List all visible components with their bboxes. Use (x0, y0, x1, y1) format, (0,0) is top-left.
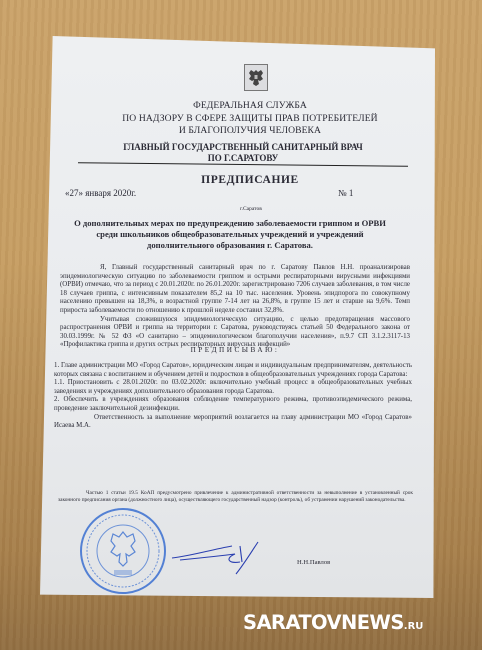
legal-note: Частью 1 статьи 19.5 КоАП предусмотрено … (58, 490, 413, 504)
subject-line: дополнительного образования г. Саратова. (60, 240, 400, 251)
agency-header: ФЕДЕРАЛЬНАЯ СЛУЖБА ПО НАДЗОРУ В СФЕРЕ ЗА… (80, 100, 420, 138)
watermark-brand: SARATOVNEWS (243, 611, 404, 634)
order-item: 1. Главе администрации МО «Город Саратов… (54, 362, 412, 379)
document-title: ПРЕДПИСАНИЕ (140, 174, 360, 186)
official-stamp-icon (78, 506, 168, 596)
body-paragraph: Я, Главный государственный санитарный вр… (60, 264, 410, 316)
subject-line: О дополнительных мерах по предупреждению… (60, 218, 400, 229)
signature-icon (170, 536, 270, 576)
russian-coat-of-arms-icon (244, 64, 268, 91)
responsibility-paragraph: Ответственность за выполнение мероприяти… (54, 414, 412, 431)
issuer-line: ГЛАВНЫЙ ГОСУДАРСТВЕННЫЙ САНИТАРНЫЙ ВРАЧ (68, 142, 418, 153)
order-items: 1. Главе администрации МО «Город Саратов… (54, 362, 412, 431)
body-paragraph: Учитывая сложившуюся эпидемиологическую … (60, 316, 410, 350)
signatory-name: Н.Н.Павлов (297, 559, 330, 566)
document-body: Я, Главный государственный санитарный вр… (60, 264, 410, 350)
agency-line: ФЕДЕРАЛЬНАЯ СЛУЖБА (80, 100, 420, 113)
document-city: г.Саратов (240, 206, 262, 212)
ordain-heading: ПРЕДПИСЫВАЮ: (40, 346, 430, 354)
prescription-document: ФЕДЕРАЛЬНАЯ СЛУЖБА ПО НАДЗОРУ В СФЕРЕ ЗА… (40, 36, 435, 598)
document-subject: О дополнительных мерах по предупреждению… (60, 218, 400, 251)
watermark-tld: .RU (404, 621, 424, 632)
agency-line: ПО НАДЗОРУ В СФЕРЕ ЗАЩИТЫ ПРАВ ПОТРЕБИТЕ… (80, 113, 420, 126)
subject-line: среди школьников общеобразовательных учр… (60, 229, 400, 240)
document-number: № 1 (338, 188, 353, 198)
legal-note-text: Частью 1 статьи 19.5 КоАП предусмотрено … (58, 490, 413, 504)
agency-line: И БЛАГОПОЛУЧИЯ ЧЕЛОВЕКА (80, 125, 420, 138)
order-item: 2. Обеспечить в учреждениях образования … (54, 396, 412, 413)
document-date: «27» января 2020г. (65, 188, 136, 198)
issuer-header: ГЛАВНЫЙ ГОСУДАРСТВЕННЫЙ САНИТАРНЫЙ ВРАЧ … (68, 142, 418, 164)
order-item: 1.1. Приостановить с 28.01.2020г. по 03.… (54, 379, 412, 396)
saratovnews-watermark: SARATOVNEWS.RU (243, 611, 423, 634)
